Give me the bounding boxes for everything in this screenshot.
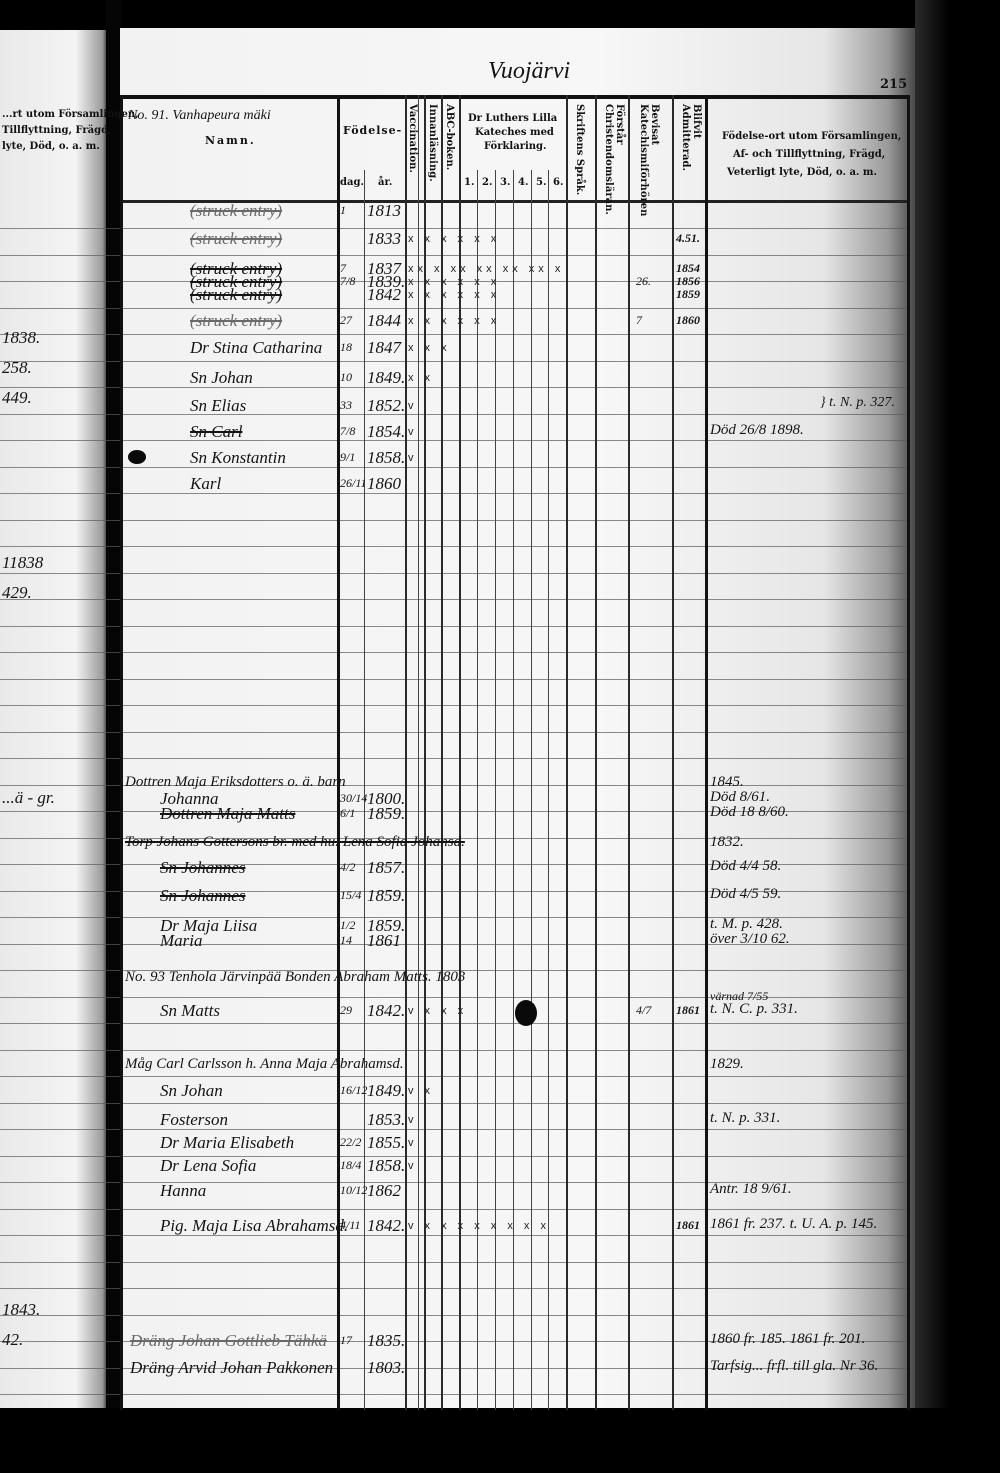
entry-name: Sn Konstantin bbox=[190, 448, 286, 468]
ruled-line bbox=[0, 414, 910, 415]
header-namn: Namn. bbox=[205, 134, 256, 148]
entry-birth-year: 1860 bbox=[367, 474, 401, 494]
header-part-6: 6. bbox=[553, 176, 563, 190]
entry-birth-day: 6/1 bbox=[340, 806, 355, 821]
entry-birth-year: 1852. bbox=[367, 396, 405, 416]
entry-exam-marks: x x bbox=[408, 372, 434, 384]
entry-birth-year: 1835. bbox=[367, 1331, 405, 1351]
ruled-line bbox=[0, 997, 910, 998]
ruled-line bbox=[0, 652, 910, 653]
header-vaccination: Vaccination. bbox=[407, 104, 418, 173]
entry-name: Dräng Johan Gottlieb Tähkä bbox=[130, 1331, 327, 1351]
entry-remark: Död 4/4 58. bbox=[710, 858, 781, 875]
entry-birth-year: 1859. bbox=[367, 886, 405, 906]
entry-name: Sn Johannes bbox=[160, 886, 245, 906]
entry-birth-year: 1803. bbox=[367, 1358, 405, 1378]
entry-birth-year: 1858. bbox=[367, 1156, 405, 1176]
left-note: 42. bbox=[2, 1330, 23, 1350]
ruled-line bbox=[0, 573, 910, 574]
entry-birth-day: 10 bbox=[340, 370, 352, 385]
header-part-2: 2. bbox=[482, 176, 492, 190]
entry-name: Dottren Maja Eriksdotters o. ä. barn bbox=[125, 774, 346, 791]
entry-admitted: 1861 bbox=[676, 1218, 700, 1233]
entry-birth-day: 4/11 bbox=[340, 1218, 360, 1233]
header-innanlasning: Innanläsning. bbox=[427, 104, 438, 182]
entry-exam-marks: x x x x x x bbox=[408, 276, 500, 288]
entry-birth-day: 22/2 bbox=[340, 1135, 361, 1150]
entry-name: Sn Elias bbox=[190, 396, 246, 416]
entry-exam-marks: v x bbox=[408, 1085, 434, 1097]
entry-birth-day: 9/1 bbox=[340, 450, 355, 465]
entry-exam-marks: v bbox=[408, 1137, 418, 1149]
left-header-line-2: Tillflyttning, Frägd, bbox=[2, 124, 112, 138]
column-rule-fodelse bbox=[337, 95, 340, 1410]
left-note: 449. bbox=[2, 388, 32, 408]
left-header-line-1: ...rt utom Församlingen, bbox=[2, 108, 139, 122]
ruled-line bbox=[0, 520, 910, 521]
ruled-line bbox=[0, 732, 910, 733]
entry-name: Sn Carl bbox=[190, 422, 242, 442]
ruled-line bbox=[0, 334, 910, 335]
entry-exam-marks: x x x bbox=[408, 342, 451, 354]
entry-remark: över 3/10 62. bbox=[710, 931, 790, 948]
ruled-line bbox=[0, 758, 910, 759]
page-number: 215 bbox=[880, 78, 907, 92]
column-rule-left bbox=[120, 95, 123, 1410]
ruled-line bbox=[0, 1103, 910, 1104]
header-top-rule bbox=[120, 95, 910, 99]
entry-exam-marks: xx x xx xx xx xx x bbox=[408, 263, 564, 275]
entry-exam-marks: x x x x x x bbox=[408, 233, 500, 245]
entry-exam-marks: v x x x bbox=[408, 1005, 467, 1017]
entry-birth-year: 1842. bbox=[367, 1001, 405, 1021]
ruled-line bbox=[0, 679, 910, 680]
entry-exam-marks: x x x x x x bbox=[408, 289, 500, 301]
entry-birth-day: 26/11 bbox=[340, 476, 366, 491]
entry-remark: 1861 fr. 237. t. U. A. p. 145. bbox=[710, 1216, 877, 1233]
entry-name: Torp Johans Gottersons br. med hu. Lena … bbox=[125, 834, 465, 851]
entry-birth-year: 1858. bbox=[367, 448, 405, 468]
entry-birth-year: 1861 bbox=[367, 931, 401, 951]
microfilm-scan: Vuojärvi 215 ...rt utom Församlingen, Ti… bbox=[0, 0, 1000, 1473]
left-page-fragment bbox=[0, 30, 108, 1430]
entry-birth-day: 16/12 bbox=[340, 1083, 367, 1098]
entry-admitted: 1859 bbox=[676, 287, 700, 302]
ruled-line bbox=[0, 626, 910, 627]
header-part-1: 1. bbox=[464, 176, 474, 190]
entry-birth-day: 17 bbox=[340, 1333, 352, 1348]
entry-birth-day: 14 bbox=[340, 933, 352, 948]
entry-remark: 1829. bbox=[710, 1056, 744, 1073]
column-rule-forstar bbox=[595, 95, 597, 1410]
entry-birth-year: 1813 bbox=[367, 201, 401, 221]
entry-birth-day: 4/2 bbox=[340, 860, 355, 875]
header-forstar: Förstår Christendomsläran. bbox=[603, 104, 625, 200]
ruled-line bbox=[0, 705, 910, 706]
entry-name: Maria bbox=[160, 931, 203, 951]
header-remarks-3: Veterligt lyte, Död, o. a. m. bbox=[727, 166, 877, 180]
entry-name: Dottren Maja Matts bbox=[160, 804, 295, 824]
ruled-line bbox=[0, 1076, 910, 1077]
ruled-line bbox=[0, 255, 910, 256]
entry-bevisat: 4/7 bbox=[636, 1003, 651, 1018]
entry-birth-year: 1853. bbox=[367, 1110, 405, 1130]
column-rule-right bbox=[907, 95, 910, 1410]
entry-name: (struck entry) bbox=[190, 311, 282, 331]
entry-name: Sn Matts bbox=[160, 1001, 220, 1021]
ruled-line bbox=[0, 1288, 910, 1289]
entry-name: Dr Lena Sofia bbox=[160, 1156, 256, 1176]
header-blifvit: Blifvit Admitterad. bbox=[680, 104, 702, 200]
ruled-line bbox=[0, 1209, 910, 1210]
entry-birth-day: 1 bbox=[340, 203, 346, 218]
header-luther-3: Förklaring. bbox=[484, 140, 547, 154]
entry-birth-year: 1849. bbox=[367, 368, 405, 388]
header-dag: dag. bbox=[340, 176, 364, 190]
entry-name: Hanna bbox=[160, 1181, 206, 1201]
entry-name: (struck entry) bbox=[190, 201, 282, 221]
header-abc-boken: ABC-boken. bbox=[444, 104, 455, 170]
entry-name: Karl bbox=[190, 474, 221, 494]
ruled-line bbox=[0, 546, 910, 547]
entry-exam-marks: v x x x x x x x x bbox=[408, 1220, 550, 1232]
entry-admitted: 4.51. bbox=[676, 231, 700, 246]
entry-birth-day: 10/12 bbox=[340, 1183, 367, 1198]
entry-exam-marks: x x x x x x bbox=[408, 315, 500, 327]
ruled-line bbox=[0, 387, 910, 388]
entry-remark: 1832. bbox=[710, 834, 744, 851]
left-note: 11838 bbox=[2, 553, 43, 573]
entry-name: (struck entry) bbox=[190, 285, 282, 305]
entry-birth-year: 1844 bbox=[367, 311, 401, 331]
header-part-5: 5. bbox=[536, 176, 546, 190]
ruled-line bbox=[0, 440, 910, 441]
left-header-line-3: lyte, Död, o. a. m. bbox=[2, 140, 100, 154]
entry-exam-marks: v bbox=[408, 426, 418, 438]
ruled-line bbox=[0, 1156, 910, 1157]
ink-blot bbox=[128, 450, 146, 464]
remark-reference: } t. N. p. 327. bbox=[820, 395, 895, 411]
column-rule-blifvit bbox=[672, 95, 674, 1410]
entry-exam-marks: v bbox=[408, 452, 418, 464]
entry-name: Pig. Maja Lisa Abrahamsd. bbox=[160, 1216, 348, 1236]
header-part-4: 4. bbox=[518, 176, 528, 190]
entry-name: Dr Maria Elisabeth bbox=[160, 1133, 294, 1153]
entry-birth-year: 1855. bbox=[367, 1133, 405, 1153]
entry-remark: Antr. 18 9/61. bbox=[710, 1181, 792, 1198]
left-note: 258. bbox=[2, 358, 32, 378]
entry-bevisat: 26. bbox=[636, 274, 651, 289]
entry-birth-day: 7/8 bbox=[340, 274, 355, 289]
ruled-line bbox=[0, 1235, 910, 1236]
entry-birth-day: 29 bbox=[340, 1003, 352, 1018]
ruled-line bbox=[0, 1129, 910, 1130]
header-part-3: 3. bbox=[500, 176, 510, 190]
entry-birth-day: 7/8 bbox=[340, 424, 355, 439]
entry-remark: Död 4/5 59. bbox=[710, 886, 781, 903]
entry-birth-year: 1859. bbox=[367, 804, 405, 824]
entry-birth-day: 18/4 bbox=[340, 1158, 361, 1173]
column-rule-bevisat bbox=[628, 95, 630, 1410]
entry-name: Sn Johannes bbox=[160, 858, 245, 878]
entry-birth-year: 1833 bbox=[367, 229, 401, 249]
ruled-line bbox=[0, 493, 910, 494]
entry-remark: t. N. C. p. 331. bbox=[710, 1001, 798, 1018]
left-note: 429. bbox=[2, 583, 32, 603]
page-edge-shadow bbox=[915, 0, 1000, 1473]
header-remarks-1: Födelse-ort utom Församlingen, bbox=[722, 130, 901, 144]
entry-birth-year: 1854. bbox=[367, 422, 405, 442]
entry-birth-year: 1857. bbox=[367, 858, 405, 878]
column-rule-dag-ar bbox=[364, 170, 365, 1410]
column-rule-vaccination bbox=[405, 95, 407, 1410]
ruled-line bbox=[0, 599, 910, 600]
entry-admitted: 1861 bbox=[676, 1003, 700, 1018]
ruled-line bbox=[0, 308, 910, 309]
ruled-line bbox=[0, 1315, 910, 1316]
column-rule-skriftens bbox=[566, 95, 568, 1410]
left-note: ...ä - gr. bbox=[2, 788, 55, 808]
entry-bevisat: 7 bbox=[636, 313, 642, 328]
ruled-line bbox=[0, 361, 910, 362]
ruled-line bbox=[0, 1262, 910, 1263]
entry-remark: Död 18 8/60. bbox=[710, 804, 789, 821]
entry-name: Sn Johan bbox=[190, 368, 253, 388]
entry-birth-year: 1862 bbox=[367, 1181, 401, 1201]
header-luther-1: Dr Luthers Lilla bbox=[468, 112, 557, 126]
entry-birth-day: 15/4 bbox=[340, 888, 361, 903]
ruled-line bbox=[0, 1050, 910, 1051]
household-label: No. 91. Vanhapeura mäki bbox=[128, 108, 271, 124]
ink-blot bbox=[515, 1000, 537, 1026]
entry-remark: Tarfsig... frfl. till gla. Nr 36. bbox=[710, 1358, 878, 1375]
header-luther-2: Kateches med bbox=[475, 126, 554, 140]
header-skriftens-sprak: Skriftens Språk. bbox=[574, 104, 585, 195]
ruled-line bbox=[0, 1023, 910, 1024]
entry-exam-marks: v bbox=[408, 400, 418, 412]
entry-birth-year: 1849. bbox=[367, 1081, 405, 1101]
entry-remark: Död 26/8 1898. bbox=[710, 422, 804, 439]
entry-remark: t. N. p. 331. bbox=[710, 1110, 780, 1127]
header-ar: år. bbox=[378, 176, 392, 190]
entry-birth-day: 18 bbox=[340, 340, 352, 355]
entry-name: Dr Stina Catharina bbox=[190, 338, 322, 358]
entry-name: Dräng Arvid Johan Pakkonen bbox=[130, 1358, 333, 1378]
header-fodelse: Födelse- bbox=[343, 124, 402, 138]
entry-birth-year: 1842 bbox=[367, 285, 401, 305]
entry-birth-day: 1/2 bbox=[340, 918, 355, 933]
entry-birth-day: 27 bbox=[340, 313, 352, 328]
ruled-line bbox=[0, 228, 910, 229]
entry-birth-year: 1842. bbox=[367, 1216, 405, 1236]
entry-name: Måg Carl Carlsson h. Anna Maja Abrahamsd… bbox=[125, 1056, 404, 1073]
bottom-shadow bbox=[0, 1408, 1000, 1473]
header-bevisat: Bevisat Katechismiförhören bbox=[638, 104, 660, 200]
entry-exam-marks: v bbox=[408, 1160, 418, 1172]
entry-name: (struck entry) bbox=[190, 229, 282, 249]
entry-name: Sn Johan bbox=[160, 1081, 223, 1101]
ruled-line bbox=[0, 467, 910, 468]
entry-admitted: 1860 bbox=[676, 313, 700, 328]
column-rule-remarks bbox=[705, 95, 708, 1410]
entry-remark: 1860 fr. 185. 1861 fr. 201. bbox=[710, 1331, 865, 1348]
entry-birth-day: 30/14 bbox=[340, 791, 367, 806]
entry-exam-marks: v bbox=[408, 1114, 418, 1126]
header-remarks-2: Af- och Tillflyttning, Frägd, bbox=[733, 148, 885, 162]
entry-name: Fosterson bbox=[160, 1110, 228, 1130]
entry-name: No. 93 Tenhola Järvinpää Bonden Abraham … bbox=[125, 969, 465, 986]
entry-birth-year: 1847 bbox=[367, 338, 401, 358]
ruled-line bbox=[0, 1394, 910, 1395]
parish-heading: Vuojärvi bbox=[488, 58, 570, 85]
left-note: 1838. bbox=[2, 328, 40, 348]
left-note: 1843. bbox=[2, 1300, 40, 1320]
entry-birth-day: 33 bbox=[340, 398, 352, 413]
